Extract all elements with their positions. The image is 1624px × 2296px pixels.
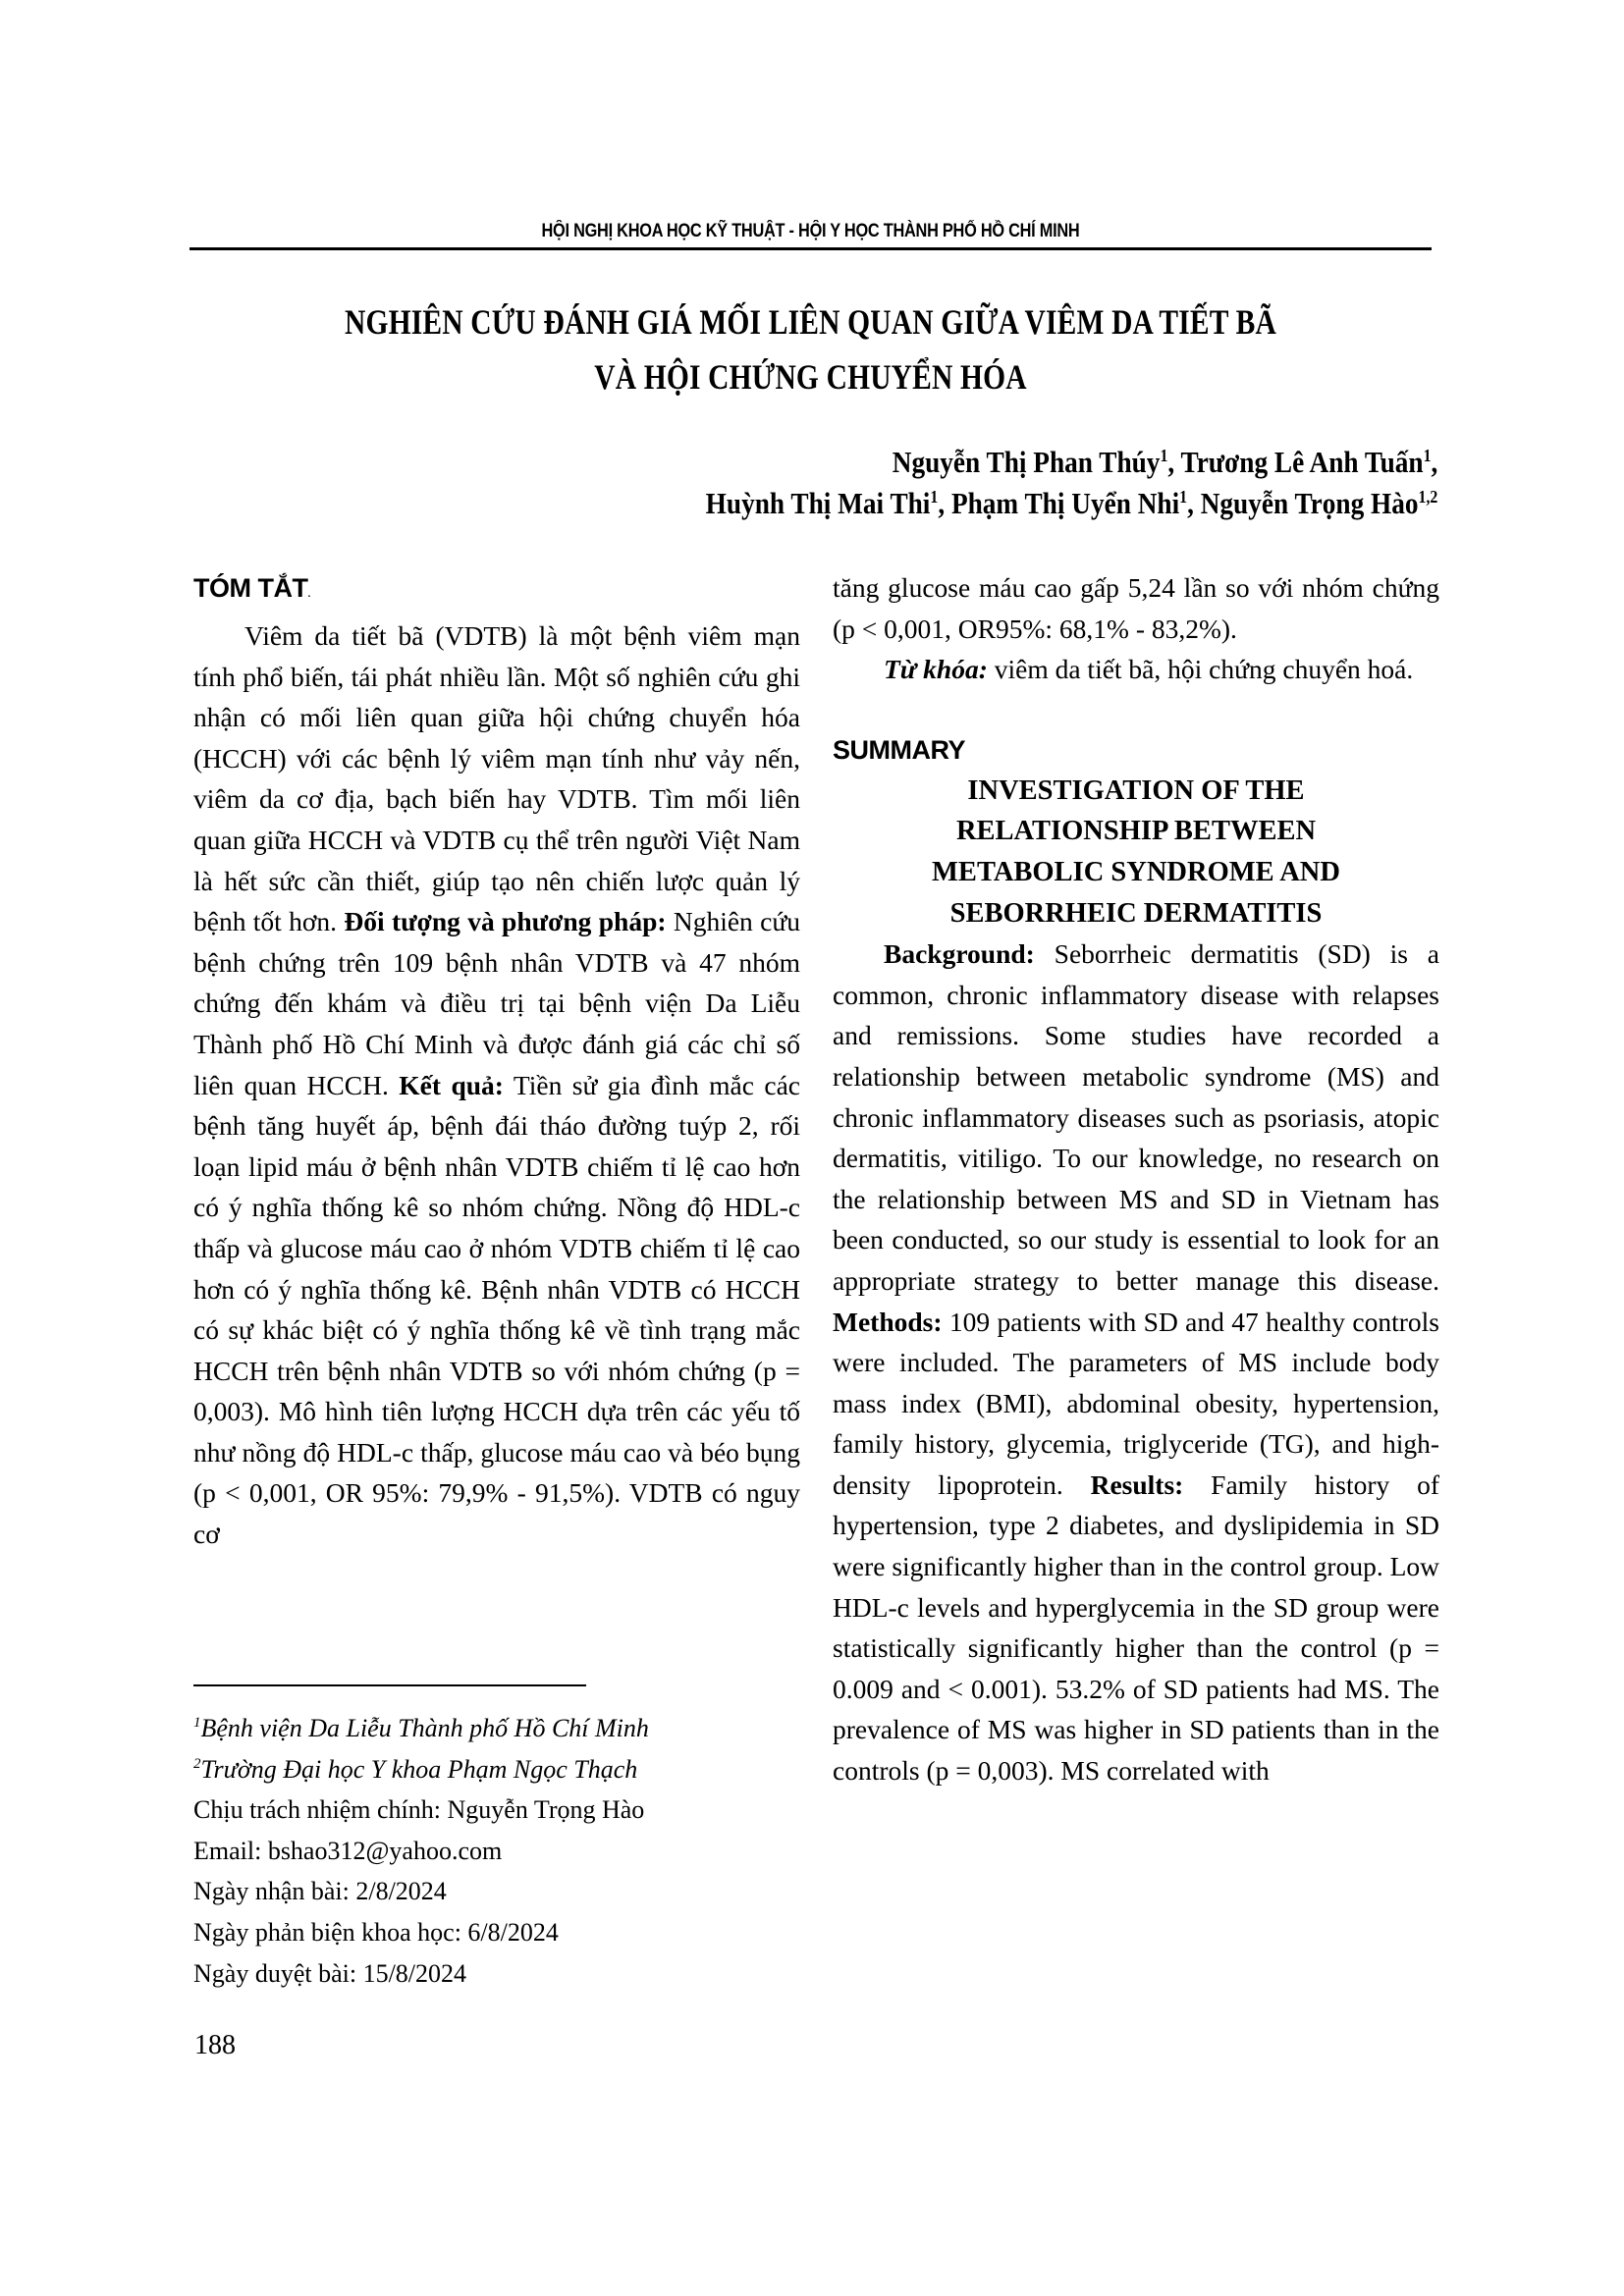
english-title-line: SEBORRHEIC DERMATITIS (833, 893, 1439, 934)
author-separator: , (1167, 445, 1180, 479)
paper-title: NGHIÊN CỨU ĐÁNH GIÁ MỐI LIÊN QUAN GIỮA V… (301, 294, 1320, 404)
english-title-line: INVESTIGATION OF THE (833, 771, 1439, 812)
results-text: Family history of hypertension, type 2 d… (833, 1469, 1439, 1786)
results-label-vi: Kết quả: (399, 1070, 504, 1100)
abstract-vi-heading: TÓM TẮT. (193, 567, 800, 615)
date-received: Ngày nhận bài: 2/8/2024 (193, 1871, 800, 1912)
author-name: Trương Lê Anh Tuấn (1180, 445, 1423, 479)
methods-label-en: Methods: (833, 1307, 943, 1337)
corresponding-author: Chịu trách nhiệm chính: Nguyễn Trọng Hào (193, 1789, 800, 1831)
author-name: Nguyễn Trọng Hào (1200, 486, 1418, 520)
affiliation-text: Bệnh viện Da Liễu Thành phố Hồ Chí Minh (201, 1714, 649, 1742)
date-reviewed: Ngày phản biện khoa học: 6/8/2024 (193, 1912, 800, 1953)
affiliation-mark: 1 (1179, 487, 1187, 507)
left-column: TÓM TẮT. Viêm da tiết bã (VDTB) là một b… (193, 567, 800, 1555)
header-rule (189, 247, 1432, 250)
author-line-2: Huỳnh Thị Mai Thi1, Phạm Thị Uyển Nhi1, … (705, 483, 1437, 524)
english-title: INVESTIGATION OF THE RELATIONSHIP BETWEE… (833, 771, 1439, 934)
keywords-text: viêm da tiết bã, hội chứng chuyển hoá. (988, 654, 1413, 684)
affiliation-mark: 1 (193, 1715, 201, 1731)
abstract-vi-continued: tăng glucose máu cao gấp 5,24 lần so với… (833, 567, 1439, 649)
summary-heading: SUMMARY (833, 729, 1439, 771)
heading-text: TÓM TẮT (193, 573, 307, 603)
author-separator: , (938, 486, 951, 520)
author-separator: , (1431, 445, 1437, 479)
running-header: HỘI NGHỊ KHOA HỌC KỸ THUẬT - HỘI Y HỌC T… (277, 221, 1345, 242)
affiliation-2: 2Trường Đại học Y khoa Phạm Ngọc Thạch (193, 1749, 800, 1790)
page-number: 188 (194, 2030, 236, 2061)
author-separator: , (1187, 486, 1201, 520)
paper-page: HỘI NGHỊ KHOA HỌC KỸ THUẬT - HỘI Y HỌC T… (0, 0, 1624, 2296)
footnotes: 1Bệnh viện Da Liễu Thành phố Hồ Chí Minh… (193, 1708, 800, 1994)
author-name: Nguyễn Thị Phan Thúy (892, 445, 1160, 479)
english-title-line: METABOLIC SYNDROME AND (833, 852, 1439, 893)
keywords: Từ khóa: viêm da tiết bã, hội chứng chuy… (833, 649, 1439, 690)
author-list: Nguyễn Thị Phan Thúy1, Trương Lê Anh Tuấ… (705, 442, 1437, 524)
abstract-vi-body: Viêm da tiết bã (VDTB) là một bệnh viêm … (193, 615, 800, 1555)
contact-email: Email: bshao312@yahoo.com (193, 1831, 800, 1872)
affiliation-mark: 1 (930, 487, 938, 507)
background-text: Seborrheic dermatitis (SD) is a common, … (833, 938, 1439, 1296)
affiliation-text: Trường Đại học Y khoa Phạm Ngọc Thạch (201, 1755, 638, 1784)
affiliation-1: 1Bệnh viện Da Liễu Thành phố Hồ Chí Minh (193, 1708, 800, 1749)
results-label-en: Results: (1091, 1469, 1184, 1500)
date-accepted: Ngày duyệt bài: 15/8/2024 (193, 1953, 800, 1995)
affiliation-mark: 1 (1423, 446, 1431, 465)
footnote-divider (193, 1684, 586, 1686)
keywords-label: Từ khóa: (884, 654, 988, 684)
abstract-vi-intro: Viêm da tiết bã (VDTB) là một bệnh viêm … (193, 620, 800, 936)
author-name: Huỳnh Thị Mai Thi (705, 486, 930, 520)
heading-dot: . (307, 589, 309, 600)
title-line-1: NGHIÊN CỨU ĐÁNH GIÁ MỐI LIÊN QUAN GIỮA V… (301, 294, 1320, 349)
right-column: tăng glucose máu cao gấp 5,24 lần so với… (833, 567, 1439, 1791)
affiliation-mark: 1,2 (1418, 487, 1437, 507)
title-line-2: VÀ HỘI CHỨNG CHUYỂN HÓA (301, 349, 1320, 404)
author-line-1: Nguyễn Thị Phan Thúy1, Trương Lê Anh Tuấ… (705, 442, 1437, 483)
abstract-vi-results: Tiền sử gia đình mắc các bệnh tăng huyết… (193, 1070, 800, 1550)
english-title-line: RELATIONSHIP BETWEEN (833, 811, 1439, 852)
background-label: Background: (884, 938, 1035, 969)
abstract-en-body: Background: Seborrheic dermatitis (SD) i… (833, 934, 1439, 1790)
affiliation-mark: 1 (1160, 446, 1167, 465)
affiliation-mark: 2 (193, 1756, 201, 1772)
spacer (833, 690, 1439, 729)
author-name: Phạm Thị Uyển Nhi (951, 486, 1179, 520)
methods-label-vi: Đối tượng và phương pháp: (344, 906, 666, 936)
